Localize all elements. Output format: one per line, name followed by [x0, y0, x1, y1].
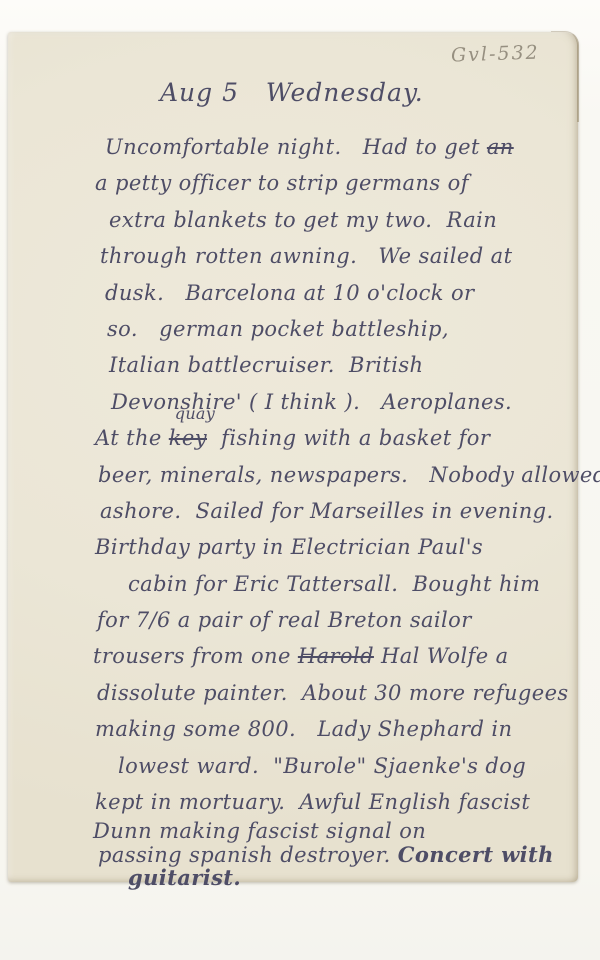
text-segment: kept in mortuary. Awful English fascist [95, 790, 530, 814]
text-segment: Devonshire' ( I think ). Aeroplanes. [111, 390, 512, 414]
handwritten-line: At the quaykey fishing with a basket for [93, 420, 568, 456]
text-segment: a petty officer to strip germans of [95, 171, 469, 195]
text-segment: for 7/6 a pair of real Breton sailor [97, 608, 472, 632]
text-segment: dusk. Barcelona at 10 o'clock or [105, 281, 474, 305]
date-heading: Aug 5 Wednesday. [160, 78, 424, 107]
inserted-word-above-line: quay [175, 406, 215, 422]
text-segment: trousers from one [93, 644, 298, 668]
text-segment: At the [95, 426, 169, 450]
handwritten-line: Devonshire' ( I think ). Aeroplanes. [93, 384, 568, 420]
text-segment: extra blankets to get my two. Rain [109, 208, 497, 232]
text-segment: Italian battlecruiser. British [109, 353, 423, 377]
text-segment: fishing with a basket for [207, 426, 490, 450]
diary-page-paper: Gvl-532 Aug 5 Wednesday. Uncomfortable n… [8, 32, 578, 882]
text-segment: so. german pocket battleship, [107, 317, 449, 341]
text-segment: Hal Wolfe a [374, 644, 509, 668]
text-segment: cabin for Eric Tattersall. Bought him [128, 572, 540, 596]
struck-out-word: Harold [298, 644, 374, 668]
handwritten-line: Dunn making fascist signal on [93, 820, 568, 843]
handwritten-line: dusk. Barcelona at 10 o'clock or [93, 275, 568, 311]
text-segment: Uncomfortable night. Had to get [105, 135, 487, 159]
handwritten-line: through rotten awning. We sailed at [93, 238, 568, 274]
handwritten-line: guitarist. [93, 866, 568, 889]
text-segment: guitarist. [128, 865, 241, 890]
handwritten-line: trousers from one Harold Hal Wolfe a [93, 638, 568, 674]
text-segment: Concert with [398, 842, 554, 867]
text-segment: lowest ward. "Burole" Sjaenke's dog [118, 754, 526, 778]
handwritten-line: Birthday party in Electrician Paul's [93, 529, 568, 565]
handwritten-text-block: Uncomfortable night. Had to get ana pett… [93, 129, 568, 889]
handwritten-line: making some 800. Lady Shephard in [93, 711, 568, 747]
archive-reference-annotation: Gvl-532 [451, 41, 540, 66]
text-segment: Dunn making fascist signal on [93, 819, 426, 843]
text-segment: making some 800. Lady Shephard in [95, 717, 512, 741]
correction: quaykey [169, 420, 207, 456]
handwritten-line: a petty officer to strip germans of [93, 165, 568, 201]
text-segment: passing spanish destroyer. [98, 843, 398, 867]
handwritten-line: dissolute painter. About 30 more refugee… [93, 675, 568, 711]
text-segment: beer, minerals, newspapers. Nobody allow… [98, 463, 600, 487]
text-segment: Birthday party in Electrician Paul's [95, 535, 483, 559]
handwritten-line: kept in mortuary. Awful English fascist [93, 784, 568, 820]
handwritten-line: Uncomfortable night. Had to get an [93, 129, 568, 165]
handwritten-line: so. german pocket battleship, [93, 311, 568, 347]
handwritten-line: lowest ward. "Burole" Sjaenke's dog [93, 748, 568, 784]
handwritten-line: extra blankets to get my two. Rain [93, 202, 568, 238]
handwritten-line: ashore. Sailed for Marseilles in evening… [93, 493, 568, 529]
struck-out-word: an [487, 135, 514, 159]
text-segment: through rotten awning. We sailed at [100, 244, 512, 268]
handwritten-line: passing spanish destroyer. Concert with [93, 843, 568, 866]
text-segment: dissolute painter. About 30 more refugee… [97, 681, 569, 705]
handwritten-line: Italian battlecruiser. British [93, 347, 568, 383]
handwritten-line: cabin for Eric Tattersall. Bought him [93, 566, 568, 602]
text-segment: ashore. Sailed for Marseilles in evening… [100, 499, 554, 523]
handwritten-line: beer, minerals, newspapers. Nobody allow… [93, 457, 568, 493]
struck-out-word: key [169, 426, 207, 450]
handwritten-line: for 7/6 a pair of real Breton sailor [93, 602, 568, 638]
